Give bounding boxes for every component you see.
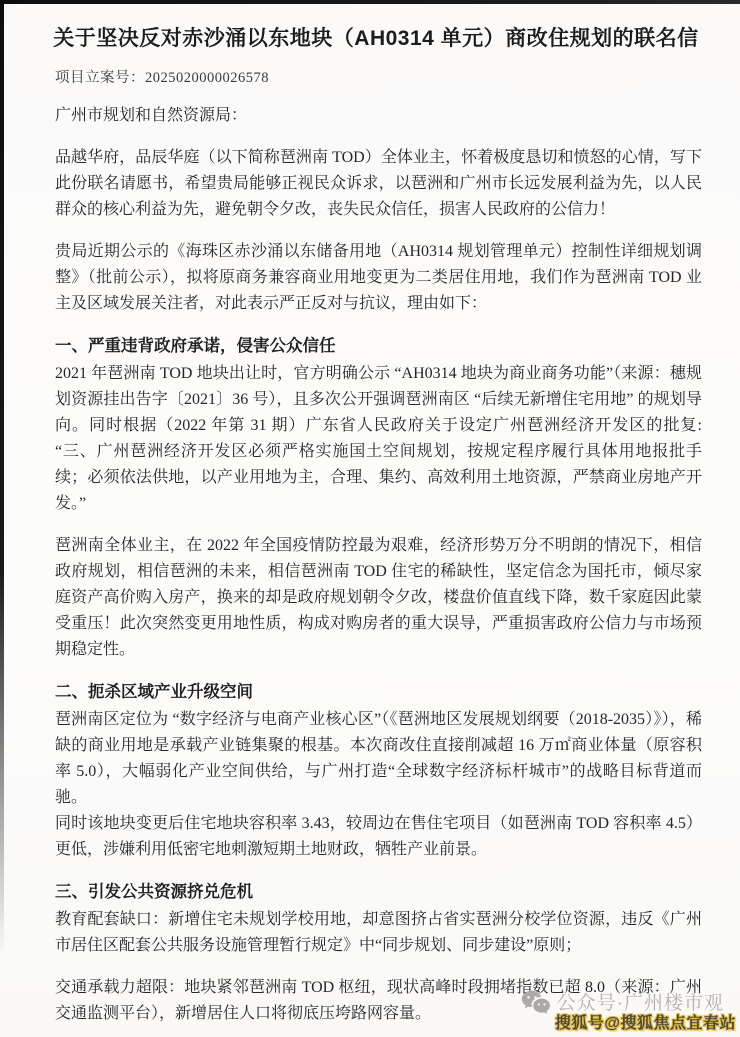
wechat-icon — [521, 989, 551, 1014]
case-number: 项目立案号：2025020000026578 — [55, 66, 702, 87]
letter-title: 关于坚决反对赤沙涌以东地块（AH0314 单元）商改住规划的联名信 — [42, 24, 710, 54]
recipient-line: 广州市规划和自然资源局： — [55, 103, 702, 129]
sohu-watermark-text: 搜狐号@搜狐焦点宜春站 — [555, 1010, 736, 1033]
section-paragraph: 琶洲南全体业主，在 2022 年全国疫情防控最为艰难，经济形势万分不明朗的情况下… — [55, 533, 702, 663]
section-paragraph: 教育配套缺口：新增住宅未规划学校用地，却意图挤占省实琶洲分校学位资源，违反《广州… — [55, 907, 702, 959]
section-paragraph: 琶洲南区定位为 “数字经济与电商产业核心区”（《琶洲地区发展规划纲要（2018-… — [55, 707, 702, 811]
section-paragraph: 2021 年琶洲南 TOD 地块出让时，官方明确公示 “AH0314 地块为商业… — [55, 361, 702, 517]
section-heading-1: 一、严重违背政府承诺，侵害公众信任 — [55, 333, 702, 359]
section-heading-3: 三、引发公共资源挤兑危机 — [55, 879, 702, 905]
scanned-letter-page: 关于坚决反对赤沙涌以东地块（AH0314 单元）商改住规划的联名信 项目立案号：… — [0, 0, 740, 1037]
letter-body: 广州市规划和自然资源局： 品越华府，品辰华庭（以下简称琶洲南 TOD）全体业主，… — [55, 103, 702, 1027]
section-paragraph: 同时该地块变更后住宅地块容积率 3.43，较周边在售住宅项目（如琶洲南 TOD … — [55, 811, 702, 863]
scan-edge-top — [0, 0, 740, 4]
intro-paragraph: 品越华府，品辰华庭（以下简称琶洲南 TOD）全体业主，怀着极度恳切和愤怒的心情，… — [55, 145, 702, 223]
section-heading-2: 二、扼杀区域产业升级空间 — [55, 679, 702, 705]
scan-edge-left — [0, 0, 4, 1037]
intro-paragraph: 贵局近期公示的《海珠区赤沙涌以东储备用地（AH0314 规划管理单元）控制性详细… — [55, 239, 702, 317]
